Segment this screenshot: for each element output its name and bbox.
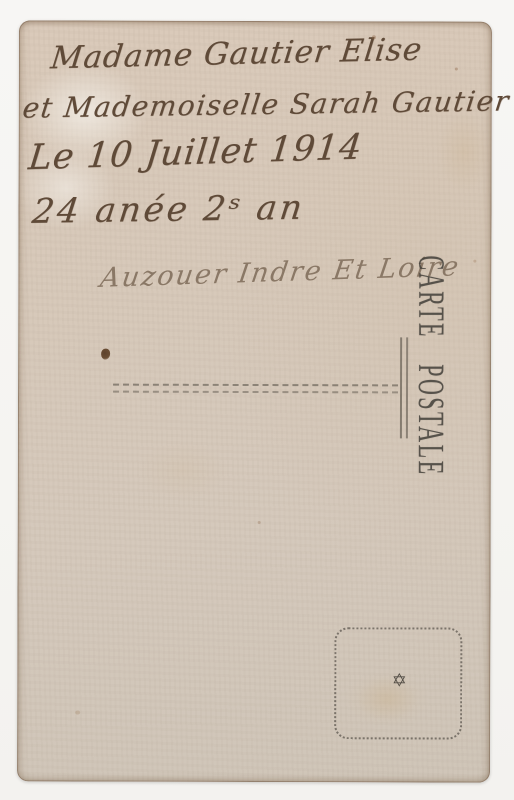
paper-freckle (455, 68, 458, 71)
handwriting-line-2: et Mademoiselle Sarah Gautier (21, 84, 512, 124)
paper-freckle (473, 260, 476, 263)
handwriting-line-4: 24 anée 2ˢ an (30, 188, 307, 232)
paper-stain (357, 676, 417, 721)
paper-freckle (258, 521, 261, 524)
address-divider-horizontal-line (113, 384, 398, 394)
postale-word: POSTALE (410, 364, 451, 477)
handwriting-line-5-location: Auzouer Indre Et Loire (98, 251, 462, 294)
paper-stain (437, 111, 492, 191)
handwriting-line-1: Madame Gautier Elise (49, 32, 425, 77)
paper-stain (138, 441, 228, 501)
carte-word: CARTE (410, 255, 451, 339)
ink-spot (101, 349, 110, 360)
scan-background: Madame Gautier Elise et Mademoiselle Sar… (0, 0, 514, 800)
paper-freckle (75, 711, 80, 715)
address-divider-vertical-line (400, 337, 408, 438)
postcard: Madame Gautier Elise et Mademoiselle Sar… (17, 20, 492, 782)
handwriting-line-3-date: Le 10 Juillet 1914 (27, 127, 365, 178)
carte-postale-title: CARTEPOSTALE (409, 255, 453, 476)
paper-freckle (372, 35, 376, 39)
